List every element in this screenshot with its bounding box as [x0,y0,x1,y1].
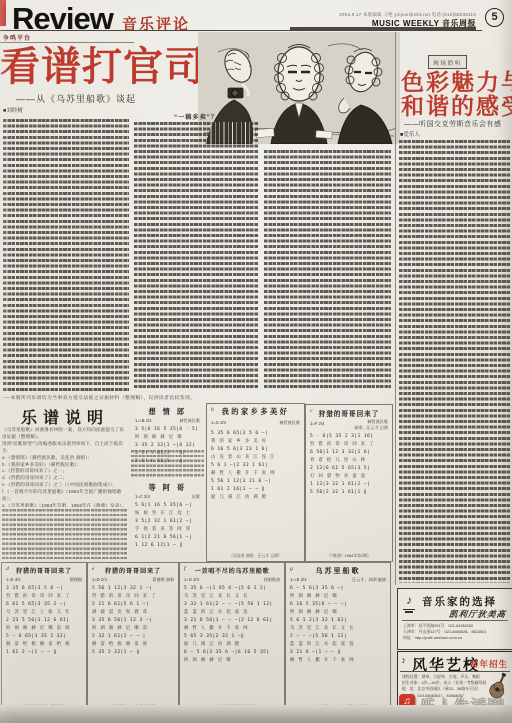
article-body-column-1 [3,119,129,391]
score-box-credit: 汪云才、郭颂 编曲 [352,577,386,582]
main-headline: 看谱打官司 [0,45,205,89]
score-box-title: 狩猎的哥哥回来了 [88,563,178,575]
score-box-shoulie-3: e 狩猎的哥哥回来了 1=D 2/4 葛德胜 演唱 5 56 1 12|3 32… [87,562,179,713]
score-box-title: 狩猎的哥哥回来了 [306,405,392,418]
score-box-caption: （《歌曲》1964年第1期） [308,553,390,559]
label-underline [0,42,134,43]
score-box-wusuli-chuan-ge: g 乌苏里船歌 1=♭E 2/4 汪云才、郭颂 编曲 6 — 5 6|3 35 … [285,562,391,713]
score-box-title: 狩猎的哥哥回来了 [2,563,86,575]
ad1-contact-lines: 上海市：延平西路291号 021-64261162天津市：丹山道127号 022… [403,623,509,642]
notation-lines: 5 35 6 65|3 5 6 —|我 的 家 乡 多 美 好6 16 5 6|… [211,430,301,549]
key-signature: 1=G 2/4 [211,420,226,425]
key-signature: 1=G 2/4 [184,577,199,582]
score-box-title: 等 阿 哥 [131,480,204,493]
notation-lines: 5 6|1 16 5 35|6 —|姑 娘 坐 在 江 边 上3 5|2 32 … [135,502,201,558]
ad1-brand-script: 凯利厅狄美高 [448,608,507,620]
music-note-icon: ♪ [400,655,407,666]
right-headline-line2: 和谐的感受 [401,94,512,118]
ad2-enrollment-badge: 常年招生 [470,658,508,670]
key-signature: 1=D 2/4 [92,577,107,582]
key-signature: 1=E 4/4 [6,577,21,582]
key-signature: 1=C 2/4 [135,494,150,499]
score-box-credit: 赫哲族民歌 [280,420,300,425]
page-number: 5 [485,8,504,27]
score-box-title: 一首唱不尽的乌苏里船歌 [180,563,284,575]
score-box-marker: f [184,566,186,572]
main-byline: ■刘经树 [3,106,23,114]
article-body-column-2 [134,122,258,391]
score-notes-title: 乐谱说明 [2,405,128,428]
score-box-title: 想 情 郎 [131,404,204,417]
article-body-column-3 [264,150,391,391]
score-box-marker: e [92,566,94,572]
score-box-title: 乌苏里船歌 [286,563,390,576]
music-note-icon: ♪ [402,593,416,607]
score-box-credit-2: 郭颂、汪云才 记谱 [354,425,388,430]
score-box-footnote-text [131,450,204,478]
column-divider [395,32,396,585]
score-notes-extra-text [2,509,128,559]
key-signature: 1=F 2/4 [310,421,324,426]
right-headline-subtitle: ——听国交克劳斯音乐会有感 [404,119,502,129]
score-box-credit: 民歌 [192,494,200,499]
score-box-credit: 整理稿 [70,577,82,582]
page-bottom-edge [0,705,512,723]
right-article-body [399,140,511,583]
score-box-credit: 赫哲族民歌 [180,418,200,423]
notation-lines: 6 — 5 6|3 35 6 —|阿 朗 赫 赫 尼 哪6 16 5 35|6 … [290,585,387,701]
page-edge-red-mark [0,0,6,26]
score-box-yishouchangbujin: f 一首唱不尽的乌苏里船歌 1=G 2/4 独唱歌曲 5 35 6 —|1 65… [179,562,285,713]
ad-strings-brand: ♪ 音乐家的选择 凯利厅狄美高 上海市：延平西路291号 021-6426116… [397,588,512,650]
score-box-credit: 赫哲族民歌 [368,419,388,424]
newspaper-page: Review 音乐评论 2004.9.17 本版编辑 刁艳 yinyue@263… [0,0,512,723]
score-box-credit: 独唱歌曲 [264,577,280,582]
notation-lines: 5 35 6 —|1 65 6 —|5 6 1 2|乌 苏 里 江 来 长 又 … [184,585,281,701]
score-box-shoulie-1: c 狩猎的哥哥回来了 1=F 2/4 赫哲族民歌 郭颂、汪云才 记谱 5 · 6… [305,404,393,562]
score-box-marker: b [211,407,214,413]
score-section-intro: ──本版所刊乐谱均为当事双方提交法庭之证据材料（整理稿），仅供读者比较鉴别。 [3,394,391,401]
section-logo: Review [12,1,113,37]
score-notes-list: 《乌苏里船歌》词曲署名纠纷一案，双方均向法庭提交了乐谱证据（整理稿）。现将“民歌… [2,427,128,507]
column-label-right: 现场聆听 [428,55,467,69]
ad1-logo: ♪ [402,593,416,615]
key-signature: 1=♭E 2/4 [290,577,307,582]
notation-lines: 5 56 1 12|3 32 1 —|狩 猎 的 哥 哥 回 来 了2 21 6… [92,585,175,701]
score-box-wodejiaxiang: b 我的家乡多美好 1=G 2/4 赫哲族民歌 5 35 6 65|3 5 6 … [206,403,305,562]
right-byline: ■爱乐人 [400,130,420,138]
score-box-caption: （吴连贵 演唱 汪云才 记谱） [209,553,302,559]
score-box-marker: g [290,566,293,572]
masthead-rule [290,27,476,29]
score-box-title: 我的家乡多美好 [207,404,304,417]
notation-lines: 5 · 6|5 35 2 3|1 16|狩 猎 的 哥 哥 回 来 了6 56|… [310,433,389,549]
notation-lines: 3 35 6 65|3 5 6 —|狩 猎 的 哥 哥 回 来 了6 61 5 … [6,585,83,701]
main-headline-subtitle: ——从《乌苏里船歌》谈起 [16,92,136,105]
score-box-marker: c [310,408,312,414]
key-signature: 1=♭B 2/4 [135,418,152,423]
ad1-title: 音乐家的选择 [422,594,497,609]
score-box-marker: d [6,566,9,572]
score-box-credit: 葛德胜 演唱 [152,577,174,582]
article-subhead: “一稿多卖”？ [134,112,258,121]
right-headline-line1: 色彩魅力与 [401,70,512,94]
score-box-dengage: 等 阿 哥 1=C 2/4 民歌 5 6|1 16 5 35|6 —|姑 娘 坐… [131,480,204,560]
score-box-shoulie-2: d 狩猎的哥哥回来了 1=E 4/4 整理稿 3 35 6 65|3 5 6 —… [1,562,87,713]
